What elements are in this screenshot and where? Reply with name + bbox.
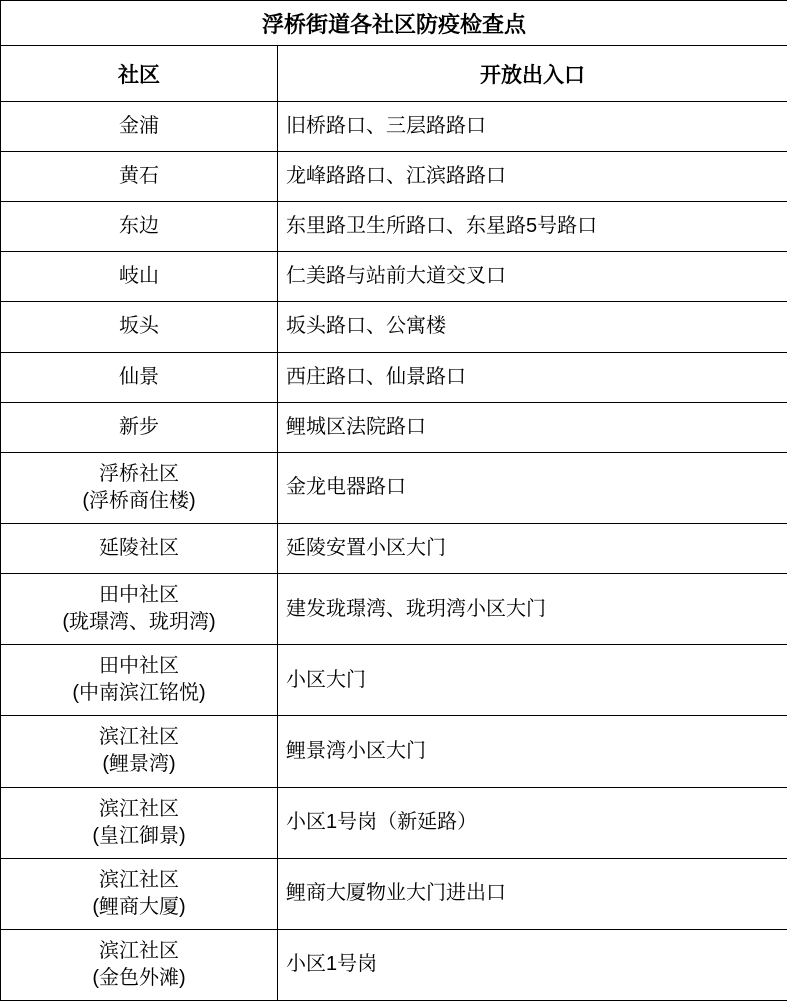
community-cell: 滨江社区 (鲤景湾) <box>1 716 278 787</box>
table-row: 东边 东里路卫生所路口、东星路5号路口 <box>1 202 787 252</box>
community-cell: 滨江社区 (鲤商大厦) <box>1 858 278 929</box>
community-name: 滨江社区 <box>7 867 271 894</box>
entrance-cell: 鲤景湾小区大门 <box>278 716 787 787</box>
community-detail: (鲤景湾) <box>7 751 271 778</box>
table-row: 滨江社区 (鲤商大厦) 鲤商大厦物业大门进出口 <box>1 858 787 929</box>
table-row: 黄石 龙峰路路口、江滨路路口 <box>1 152 787 202</box>
column-header-community: 社区 <box>1 46 278 102</box>
community-cell: 坂头 <box>1 302 278 352</box>
community-name: 新步 <box>7 414 271 441</box>
community-cell: 浮桥社区 (浮桥商住楼) <box>1 452 278 523</box>
community-cell: 田中社区 (中南滨江铭悦) <box>1 645 278 716</box>
community-name: 滨江社区 <box>7 796 271 823</box>
community-detail: (金色外滩) <box>7 965 271 992</box>
entrance-cell: 坂头路口、公寓楼 <box>278 302 787 352</box>
community-name: 浮桥社区 <box>7 461 271 488</box>
community-cell: 田中社区 (珑璟湾、珑玥湾) <box>1 574 278 645</box>
table-title-row: 浮桥街道各社区防疫检查点 <box>1 1 787 46</box>
entrance-cell: 旧桥路口、三层路路口 <box>278 102 787 152</box>
entrance-cell: 小区1号岗 <box>278 929 787 1000</box>
table-row: 滨江社区 (皇江御景) 小区1号岗（新延路） <box>1 787 787 858</box>
community-name: 黄石 <box>7 163 271 190</box>
table-row: 岐山 仁美路与站前大道交叉口 <box>1 252 787 302</box>
table-row: 田中社区 (珑璟湾、珑玥湾) 建发珑璟湾、珑玥湾小区大门 <box>1 574 787 645</box>
community-detail: (中南滨江铭悦) <box>7 680 271 707</box>
table-title: 浮桥街道各社区防疫检查点 <box>1 1 787 46</box>
community-cell: 金浦 <box>1 102 278 152</box>
entrance-cell: 小区1号岗（新延路） <box>278 787 787 858</box>
table-row: 新步 鲤城区法院路口 <box>1 402 787 452</box>
entrance-cell: 仁美路与站前大道交叉口 <box>278 252 787 302</box>
community-cell: 新步 <box>1 402 278 452</box>
table-row: 滨江社区 (鲤景湾) 鲤景湾小区大门 <box>1 716 787 787</box>
entrance-cell: 龙峰路路口、江滨路路口 <box>278 152 787 202</box>
entrance-cell: 东里路卫生所路口、东星路5号路口 <box>278 202 787 252</box>
table-row: 仙景 西庄路口、仙景路口 <box>1 352 787 402</box>
table-row: 浮桥社区 (浮桥商住楼) 金龙电器路口 <box>1 452 787 523</box>
community-name: 滨江社区 <box>7 724 271 751</box>
table-row: 坂头 坂头路口、公寓楼 <box>1 302 787 352</box>
community-name: 金浦 <box>7 113 271 140</box>
table-row: 滨江社区 (金色外滩) 小区1号岗 <box>1 929 787 1000</box>
checkpoint-table: 浮桥街道各社区防疫检查点 社区 开放出入口 金浦 旧桥路口、三层路路口 黄石 <box>0 0 787 1001</box>
community-name: 田中社区 <box>7 653 271 680</box>
entrance-cell: 金龙电器路口 <box>278 452 787 523</box>
entrance-cell: 小区大门 <box>278 645 787 716</box>
entrance-cell: 鲤商大厦物业大门进出口 <box>278 858 787 929</box>
community-cell: 岐山 <box>1 252 278 302</box>
community-name: 东边 <box>7 213 271 240</box>
page: 浮桥街道各社区防疫检查点 社区 开放出入口 金浦 旧桥路口、三层路路口 黄石 <box>0 0 787 1001</box>
community-name: 田中社区 <box>7 582 271 609</box>
community-detail: (鲤商大厦) <box>7 894 271 921</box>
table-row: 延陵社区 延陵安置小区大门 <box>1 523 787 573</box>
community-name: 仙景 <box>7 364 271 391</box>
entrance-cell: 延陵安置小区大门 <box>278 523 787 573</box>
community-cell: 滨江社区 (皇江御景) <box>1 787 278 858</box>
community-cell: 仙景 <box>1 352 278 402</box>
entrance-cell: 建发珑璟湾、珑玥湾小区大门 <box>278 574 787 645</box>
entrance-cell: 鲤城区法院路口 <box>278 402 787 452</box>
entrance-cell: 西庄路口、仙景路口 <box>278 352 787 402</box>
community-cell: 东边 <box>1 202 278 252</box>
community-cell: 延陵社区 <box>1 523 278 573</box>
community-detail: (皇江御景) <box>7 823 271 850</box>
community-name: 坂头 <box>7 313 271 340</box>
community-detail: (浮桥商住楼) <box>7 488 271 515</box>
column-header-entrance: 开放出入口 <box>278 46 787 102</box>
table-row: 金浦 旧桥路口、三层路路口 <box>1 102 787 152</box>
community-cell: 黄石 <box>1 152 278 202</box>
community-detail: (珑璟湾、珑玥湾) <box>7 609 271 636</box>
community-cell: 滨江社区 (金色外滩) <box>1 929 278 1000</box>
community-name: 滨江社区 <box>7 938 271 965</box>
table-header-row: 社区 开放出入口 <box>1 46 787 102</box>
community-name: 岐山 <box>7 263 271 290</box>
table-row: 田中社区 (中南滨江铭悦) 小区大门 <box>1 645 787 716</box>
community-name: 延陵社区 <box>7 535 271 562</box>
